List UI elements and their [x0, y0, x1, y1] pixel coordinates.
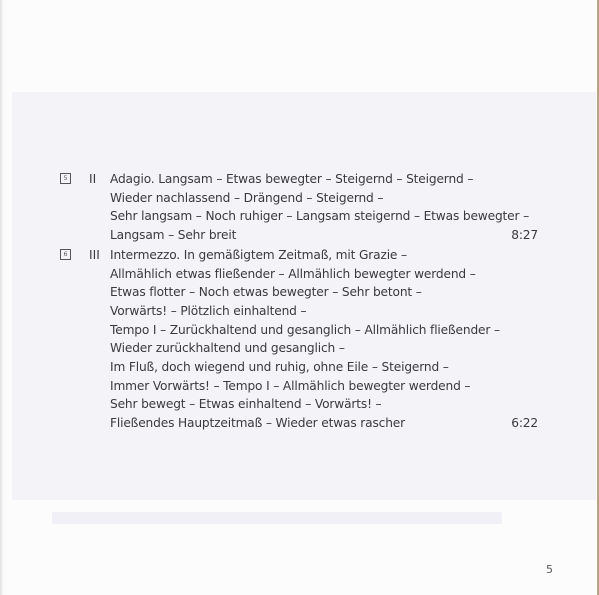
- tempo-line: Allmählich etwas fließender – Allmählich…: [110, 265, 540, 284]
- track-duration: 6:22: [511, 414, 538, 433]
- track-number-box: 5: [60, 173, 71, 184]
- tempo-line: Sehr bewegt – Etwas einhaltend – Vorwärt…: [110, 395, 540, 414]
- track-number-box: 6: [60, 249, 71, 260]
- tempo-line: Immer Vorwärts! – Tempo I – Allmählich b…: [110, 377, 540, 396]
- page-number: 5: [546, 563, 553, 576]
- booklet-page: 5 II Adagio. Langsam – Etwas bewegter – …: [0, 0, 599, 595]
- tempo-line: Wieder nachlassend – Drängend – Steigern…: [110, 189, 540, 208]
- tempo-line: Vorwärts! – Plötzlich einhaltend –: [110, 302, 540, 321]
- track-duration: 8:27: [511, 226, 538, 245]
- tempo-line-text: Fließendes Hauptzeitmaß – Wieder etwas r…: [110, 416, 405, 430]
- track-5: 5 II Adagio. Langsam – Etwas bewegter – …: [0, 170, 599, 245]
- tempo-markings: Adagio. Langsam – Etwas bewegter – Steig…: [110, 170, 540, 245]
- show-through-text: [52, 512, 502, 524]
- tempo-line: Sehr langsam – Noch ruhiger – Langsam st…: [110, 207, 540, 226]
- tempo-line: Im Fluß, doch wiegend und ruhig, ohne Ei…: [110, 358, 540, 377]
- tempo-line: Intermezzo. In gemäßigtem Zeitmaß, mit G…: [110, 246, 540, 265]
- tempo-line: Adagio. Langsam – Etwas bewegter – Steig…: [110, 170, 540, 189]
- tempo-line: Tempo I – Zurückhaltend und gesanglich –…: [110, 321, 540, 340]
- tempo-line: Etwas flotter – Noch etwas bewegter – Se…: [110, 283, 540, 302]
- tempo-line: Langsam – Sehr breit 8:27: [110, 226, 540, 245]
- tempo-line-text: Langsam – Sehr breit: [110, 228, 236, 242]
- movement-numeral: II: [89, 170, 96, 189]
- track-list: 5 II Adagio. Langsam – Etwas bewegter – …: [0, 170, 599, 433]
- track-6: 6 III Intermezzo. In gemäßigtem Zeitmaß,…: [0, 246, 599, 433]
- movement-numeral: III: [89, 246, 100, 265]
- tempo-line: Wieder zurückhaltend und gesanglich –: [110, 339, 540, 358]
- tempo-markings: Intermezzo. In gemäßigtem Zeitmaß, mit G…: [110, 246, 540, 433]
- tempo-line: Fließendes Hauptzeitmaß – Wieder etwas r…: [110, 414, 540, 433]
